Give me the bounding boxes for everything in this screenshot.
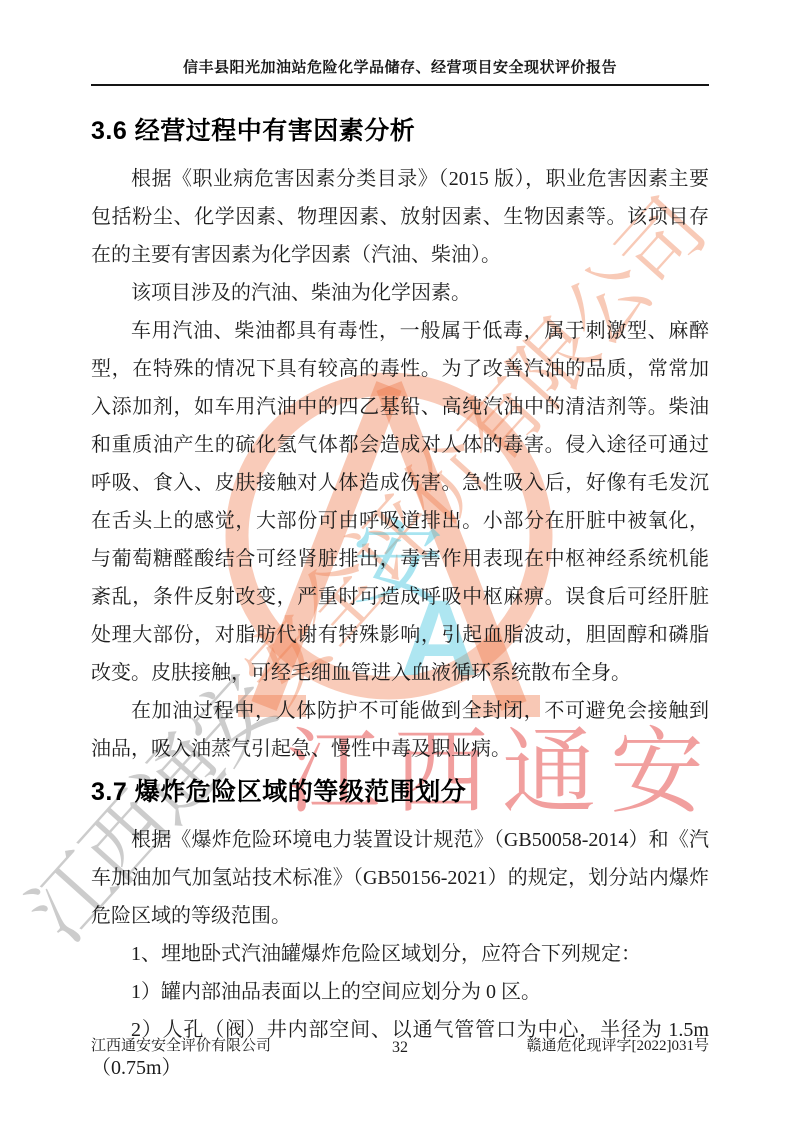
- paragraph: 在加油过程中，人体防护不可能做到全封闭，不可避免会接触到油品，吸入油蒸气引起急、…: [91, 692, 709, 768]
- footer-company-name: 江西通安安全评价有限公司: [91, 1034, 271, 1055]
- footer-doc-number: 赣通危化现评字[2022]031号: [527, 1034, 710, 1055]
- paragraph: 1）罐内部油品表面以上的空间应划分为 0 区。: [91, 973, 709, 1011]
- section-heading-3-6: 3.6 经营过程中有害因素分析: [91, 117, 709, 145]
- paragraph: 车用汽油、柴油都具有毒性，一般属于低毒，属于刺激型、麻醉型，在特殊的情况下具有较…: [91, 312, 709, 692]
- document-header: 信丰县阳光加油站危险化学品储存、经营项目安全现状评价报告: [91, 0, 709, 86]
- header-rule: [91, 84, 709, 86]
- paragraph: 该项目涉及的汽油、柴油为化学因素。: [91, 274, 709, 312]
- page-footer: 江西通安安全评价有限公司 32 赣通危化现评字[2022]031号: [91, 1034, 709, 1055]
- paragraph: 1、埋地卧式汽油罐爆炸危险区域划分，应符合下列规定：: [91, 935, 709, 973]
- footer-page-number: 32: [392, 1039, 408, 1057]
- document-header-title: 信丰县阳光加油站危险化学品储存、经营项目安全现状评价报告: [91, 56, 709, 77]
- paragraph: 根据《职业病危害因素分类目录》（2015 版），职业危害因素主要包括粉尘、化学因…: [91, 160, 709, 274]
- section-heading-3-7: 3.7 爆炸危险区域的等级范围划分: [91, 778, 709, 806]
- document-page: 江西通安安全评价有限公司 江西通安 安 A 信丰县阳光加油站危险化学品储存、经营…: [0, 0, 800, 1131]
- page-content: 信丰县阳光加油站危险化学品储存、经营项目安全现状评价报告 3.6 经营过程中有害…: [0, 0, 800, 1087]
- paragraph: 根据《爆炸危险环境电力装置设计规范》（GB50058-2014）和《汽车加油加气…: [91, 821, 709, 935]
